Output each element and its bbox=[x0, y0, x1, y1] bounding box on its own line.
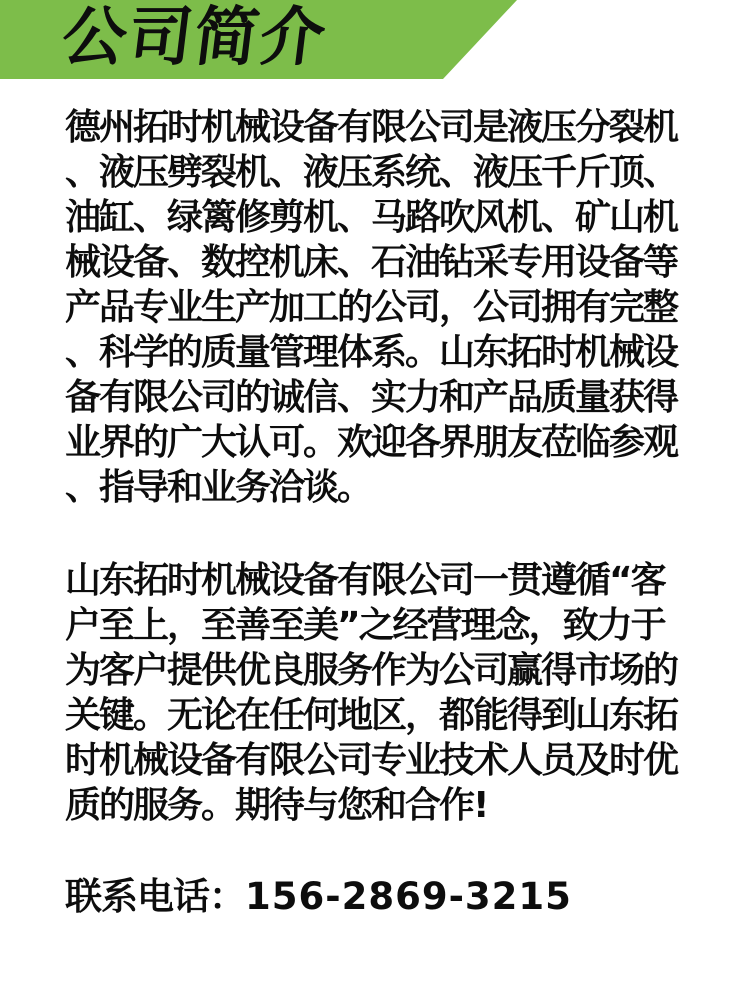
body-text-line: 关键。无论在任何地区，都能得到山东拓 bbox=[65, 693, 705, 738]
contact-line: 联系电话：156-2869-3215 bbox=[65, 874, 750, 919]
page-title: 公司简介 bbox=[0, 0, 526, 74]
contact-label: 联系电话： bbox=[65, 875, 245, 918]
body-text-line: 为客户提供优良服务作为公司赢得市场的 bbox=[65, 648, 705, 693]
body-text-line: 德州拓时机械设备有限公司是液压分裂机 bbox=[65, 105, 705, 150]
body-text-line: 、液压劈裂机、液压系统、液压千斤顶、 bbox=[65, 150, 705, 195]
body-text-line: 质的服务。期待与您和合作! bbox=[65, 783, 705, 828]
body-text-line: 、指导和业务洽谈。 bbox=[65, 465, 705, 510]
body-text-line: 山东拓时机械设备有限公司一贯遵循“客 bbox=[65, 558, 705, 603]
paragraph-service-philosophy: 山东拓时机械设备有限公司一贯遵循“客 户至上，至善至美”之经营理念，致力于 为客… bbox=[65, 558, 705, 828]
body-text-line: 油缸、绿篱修剪机、马路吹风机、矿山机 bbox=[65, 195, 705, 240]
body-text-line: 备有限公司的诚信、实力和产品质量获得 bbox=[65, 375, 705, 420]
body-content: 德州拓时机械设备有限公司是液压分裂机 、液压劈裂机、液压系统、液压千斤顶、 油缸… bbox=[0, 79, 750, 919]
header-banner: 公司简介 bbox=[0, 0, 517, 79]
body-text-line: 产品专业生产加工的公司，公司拥有完整 bbox=[65, 285, 705, 330]
body-text-line: 械设备、数控机床、石油钻采专用设备等 bbox=[65, 240, 705, 285]
body-text-line: 、科学的质量管理体系。山东拓时机械设 bbox=[65, 330, 705, 375]
body-text-line: 时机械设备有限公司专业技术人员及时优 bbox=[65, 738, 705, 783]
body-text-line: 户至上，至善至美”之经营理念，致力于 bbox=[65, 603, 705, 648]
body-text-line: 业界的广大认可。欢迎各界朋友莅临参观 bbox=[65, 420, 705, 465]
contact-phone-number: 156-2869-3215 bbox=[245, 875, 572, 918]
paragraph-company-overview: 德州拓时机械设备有限公司是液压分裂机 、液压劈裂机、液压系统、液压千斤顶、 油缸… bbox=[65, 105, 705, 510]
company-intro-page: 公司简介 德州拓时机械设备有限公司是液压分裂机 、液压劈裂机、液压系统、液压千斤… bbox=[0, 0, 750, 1000]
